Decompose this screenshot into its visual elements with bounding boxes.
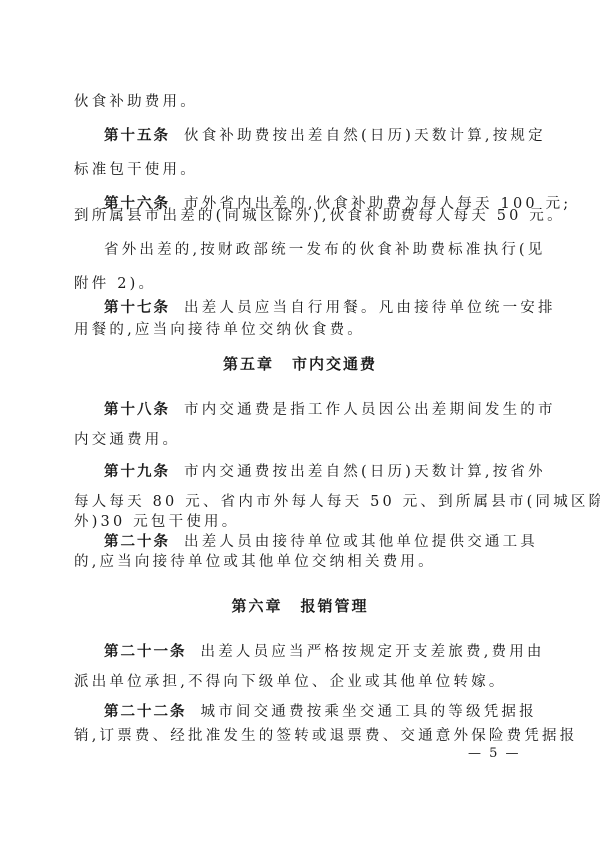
article-20: 第二十条出差人员由接待单位或其他单位提供交通工具 [74, 532, 526, 552]
paragraph-line: 每人每天 80 元、省内市外每人每天 50 元、到所属县市(同城区除 [74, 492, 526, 512]
paragraph-line: 销,订票费、经批准发生的签转或退票费、交通意外保险费凭据报 [74, 726, 526, 746]
line-text: 市内交通费按出差自然(日历)天数计算,按省外 [184, 464, 546, 480]
chapter-number: 第五章 [223, 355, 274, 373]
line-text: 用餐的,应当向接待单位交纳伙食费。 [74, 322, 365, 338]
line-text: 伙食补助费按出差自然(日历)天数计算,按规定 [184, 128, 546, 144]
article-18: 第十八条市内交通费是指工作人员因公出差期间发生的市 [74, 400, 526, 420]
article-label: 第十五条 [104, 128, 170, 144]
paragraph-line: 附件 2)。 [74, 274, 526, 294]
paragraph-indented: 省外出差的,按财政部统一发布的伙食补助费标准执行(见 [74, 240, 526, 260]
line-text: 出差人员应当严格按规定开支差旅费,费用由 [201, 644, 545, 660]
paragraph-line: 派出单位承担,不得向下级单位、企业或其他单位转嫁。 [74, 672, 526, 692]
article-label: 第二十二条 [104, 704, 187, 720]
article-22: 第二十二条城市间交通费按乘坐交通工具的等级凭据报 [74, 702, 526, 722]
article-label: 第十八条 [104, 402, 170, 418]
line-text: 附件 2)。 [74, 276, 156, 292]
line-text: 派出单位承担,不得向下级单位、企业或其他单位转嫁。 [74, 674, 507, 690]
article-17: 第十七条出差人员应当自行用餐。凡由接待单位统一安排 [74, 298, 526, 318]
line-text: 每人每天 80 元、省内市外每人每天 50 元、到所属县市(同城区除 [74, 494, 600, 510]
article-21: 第二十一条出差人员应当严格按规定开支差旅费,费用由 [74, 642, 526, 662]
line-text: 省外出差的,按财政部统一发布的伙食补助费标准执行(见 [104, 242, 545, 258]
line-text: 出差人员应当自行用餐。凡由接待单位统一安排 [184, 300, 556, 316]
chapter-heading-6: 第六章报销管理 [0, 596, 600, 616]
paragraph-line: 标准包干使用。 [74, 160, 526, 180]
chapter-number: 第六章 [231, 597, 282, 615]
line-text: 外)30 元包干使用。 [74, 514, 239, 530]
paragraph-line: 用餐的,应当向接待单位交纳伙食费。 [74, 320, 526, 340]
line-text: 销,订票费、经批准发生的签转或退票费、交通意外保险费凭据报 [74, 728, 577, 744]
line-text: 市内交通费是指工作人员因公出差期间发生的市 [184, 402, 556, 418]
line-text: 伙食补助费用。 [74, 94, 198, 110]
paragraph-line: 的,应当向接待单位或其他单位交纳相关费用。 [74, 552, 526, 572]
article-label: 第二十一条 [104, 644, 187, 660]
article-label: 第十七条 [104, 300, 170, 316]
page-number: — 5 — [468, 746, 521, 761]
paragraph-line: 伙食补助费用。 [74, 92, 526, 112]
chapter-title: 市内交通费 [292, 355, 377, 373]
chapter-title: 报销管理 [301, 597, 369, 615]
line-text: 城市间交通费按乘坐交通工具的等级凭据报 [201, 704, 537, 720]
line-text: 出差人员由接待单位或其他单位提供交通工具 [184, 534, 538, 550]
paragraph-line: 内交通费用。 [74, 430, 526, 450]
paragraph-line-2: 到所属县市出差的(同城区除外),伙食补助费每人每天 50 元。 [74, 206, 526, 226]
article-15: 第十五条伙食补助费按出差自然(日历)天数计算,按规定 [74, 126, 526, 146]
article-label: 第二十条 [104, 534, 170, 550]
line-text: 内交通费用。 [74, 432, 180, 448]
article-19: 第十九条市内交通费按出差自然(日历)天数计算,按省外 [74, 462, 526, 482]
line-text: 标准包干使用。 [74, 162, 198, 178]
paragraph-line: 外)30 元包干使用。 [74, 512, 526, 532]
line-text: 的,应当向接待单位或其他单位交纳相关费用。 [74, 554, 436, 570]
line-text: 到所属县市出差的(同城区除外),伙食补助费每人每天 50 元。 [74, 208, 565, 224]
article-label: 第十九条 [104, 464, 170, 480]
chapter-heading-5: 第五章市内交通费 [0, 354, 600, 374]
